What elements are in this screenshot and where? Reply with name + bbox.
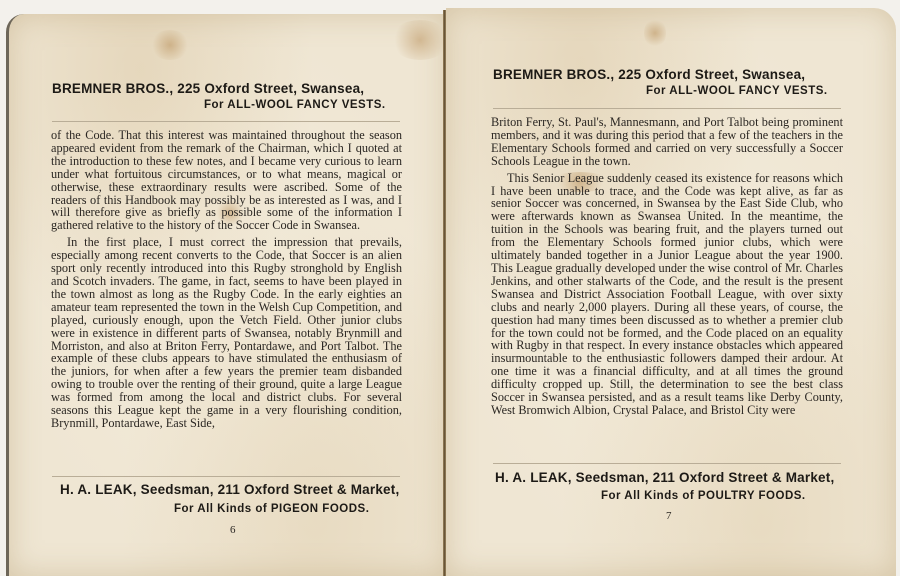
right-header-ad-line1: BREMNER BROS., 225 Oxford Street, Swanse… [493,67,805,82]
right-page-number: 7 [666,510,672,522]
left-footer-rule [52,476,400,477]
paper-stain [390,20,450,60]
right-footer-rule [493,463,841,464]
left-footer-ad-line2: For All Kinds of PIGEON FOODS. [174,503,369,515]
paper-stain [644,18,666,48]
left-header-rule [52,121,400,122]
left-page-number: 6 [230,524,236,536]
right-header-rule [493,108,841,109]
left-paragraph-2: In the first place, I must correct the i… [51,236,402,430]
left-body-text: of the Code. That this interest was main… [51,129,402,430]
right-header-ad-line2: For ALL-WOOL FANCY VESTS. [646,85,828,97]
right-footer-ad-line2: For All Kinds of POULTRY FOODS. [601,490,806,502]
left-footer-ad-line1: H. A. LEAK, Seedsman, 211 Oxford Street … [60,482,399,497]
left-paragraph-1: of the Code. That this interest was main… [51,129,402,232]
left-header-ad-line1: BREMNER BROS., 225 Oxford Street, Swanse… [52,81,364,96]
right-paragraph-2: This Senior League suddenly ceased its e… [491,172,843,417]
left-header-ad-line2: For ALL-WOOL FANCY VESTS. [204,99,386,111]
paper-stain [150,30,190,60]
right-footer-ad-line1: H. A. LEAK, Seedsman, 211 Oxford Street … [495,470,834,485]
right-paragraph-1: Briton Ferry, St. Paul's, Mannesmann, an… [491,116,843,168]
right-body-text: Briton Ferry, St. Paul's, Mannesmann, an… [491,116,843,417]
booklet-spread: BREMNER BROS., 225 Oxford Street, Swanse… [0,0,900,576]
